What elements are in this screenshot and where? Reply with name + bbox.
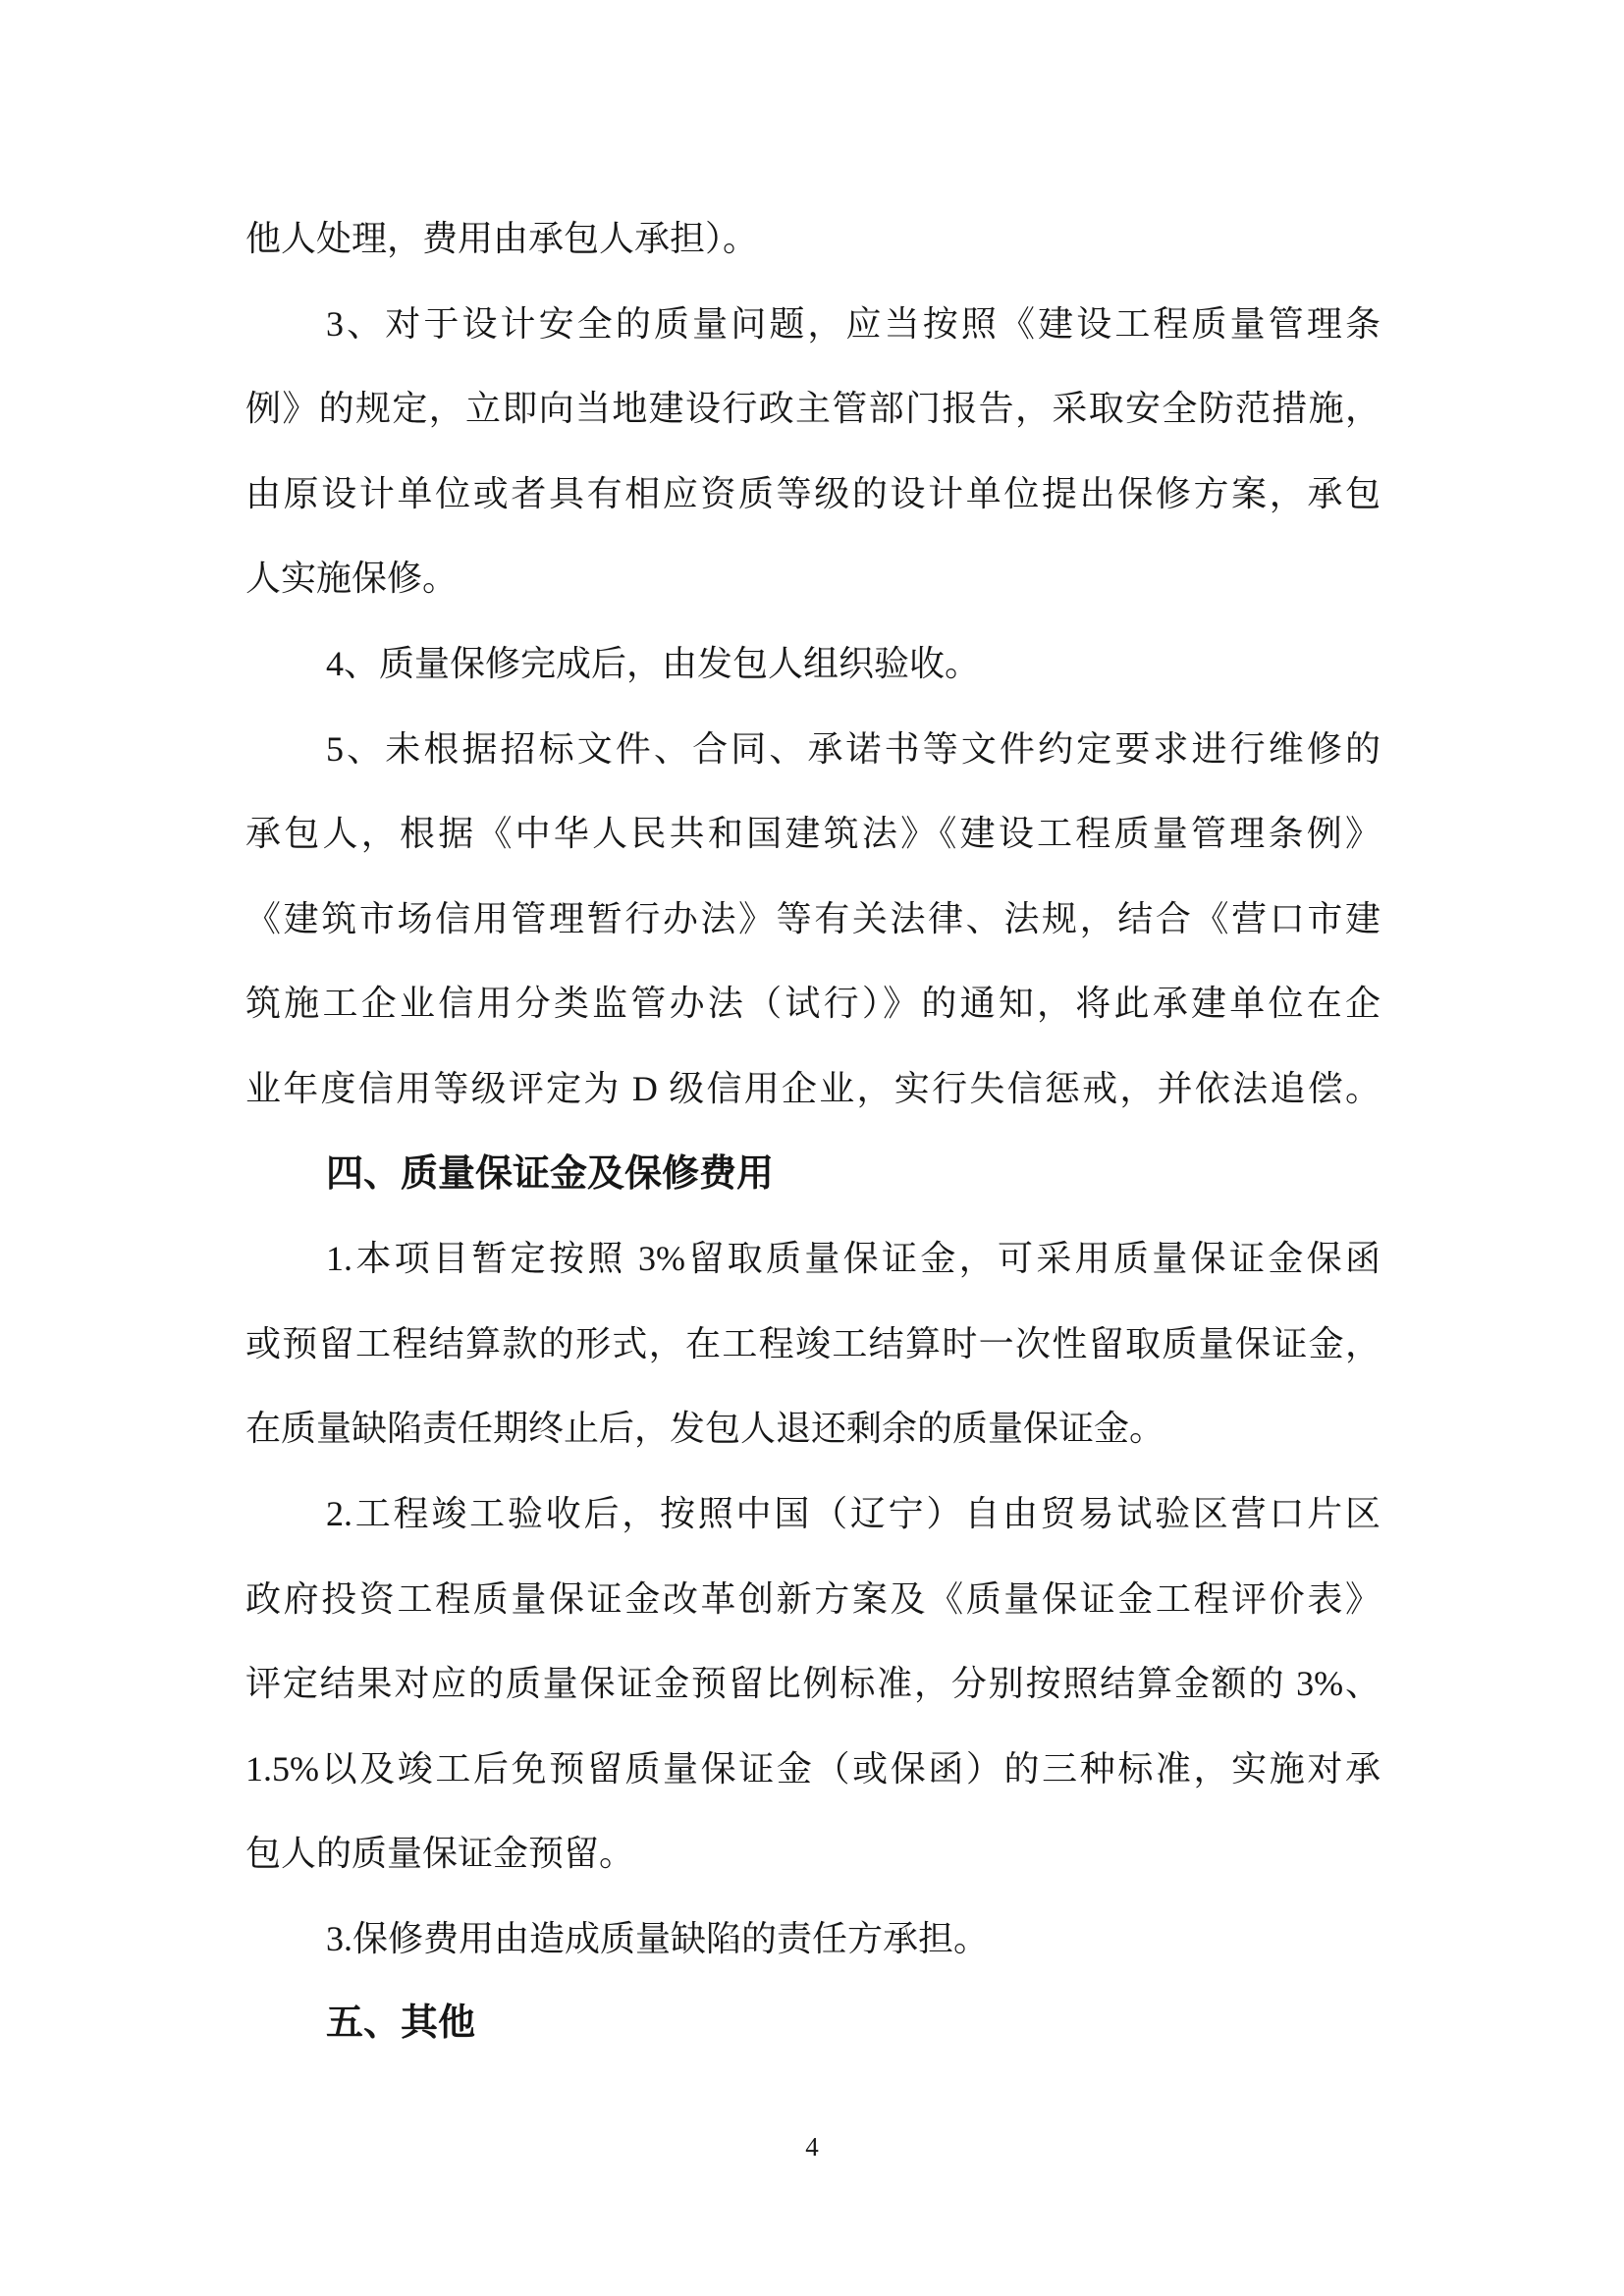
- text-line: 4、质量保修完成后，由发包人组织验收。: [245, 621, 1380, 707]
- document-lines: 他人处理，费用由承包人承担）。3、对于设计安全的质量问题，应当按照《建设工程质量…: [245, 196, 1380, 2066]
- text-line: 评定结果对应的质量保证金预留比例标准，分别按照结算金额的 3%、: [245, 1641, 1380, 1727]
- text-line: 3.保修费用由造成质量缺陷的责任方承担。: [245, 1896, 1380, 1982]
- text-line: 由原设计单位或者具有相应资质等级的设计单位提出保修方案，承包: [245, 452, 1380, 537]
- text-line: 承包人，根据《中华人民共和国建筑法》《建设工程质量管理条例》: [245, 791, 1380, 877]
- text-line: 人实施保修。: [245, 536, 1380, 621]
- section-heading: 四、质量保证金及保修费用: [245, 1132, 1380, 1217]
- text-line: 或预留工程结算款的形式，在工程竣工结算时一次性留取质量保证金，: [245, 1302, 1380, 1387]
- text-line: 1.5%以及竣工后免预留质量保证金（或保函）的三种标准，实施对承: [245, 1727, 1380, 1812]
- text-line: 包人的质量保证金预留。: [245, 1811, 1380, 1896]
- text-line: 例》的规定，立即向当地建设行政主管部门报告，采取安全防范措施，: [245, 366, 1380, 452]
- text-line: 筑施工企业信用分类监管办法（试行）》的通知，将此承建单位在企: [245, 961, 1380, 1046]
- text-line: 业年度信用等级评定为 D 级信用企业，实行失信惩戒，并依法追偿。: [245, 1046, 1380, 1132]
- text-line: 《建筑市场信用管理暂行办法》等有关法律、法规，结合《营口市建: [245, 877, 1380, 962]
- section-heading: 五、其他: [245, 1981, 1380, 2066]
- text-line: 1.本项目暂定按照 3%留取质量保证金，可采用质量保证金保函: [245, 1216, 1380, 1302]
- text-line: 政府投资工程质量保证金改革创新方案及《质量保证金工程评价表》: [245, 1557, 1380, 1642]
- text-line: 他人处理，费用由承包人承担）。: [245, 196, 1380, 282]
- text-line: 5、未根据招标文件、合同、承诺书等文件约定要求进行维修的: [245, 707, 1380, 792]
- document-page: 他人处理，费用由承包人承担）。3、对于设计安全的质量问题，应当按照《建设工程质量…: [0, 0, 1624, 2296]
- text-line: 2.工程竣工验收后，按照中国（辽宁）自由贸易试验区营口片区: [245, 1471, 1380, 1557]
- text-line: 3、对于设计安全的质量问题，应当按照《建设工程质量管理条: [245, 282, 1380, 367]
- page-number: 4: [0, 2120, 1624, 2173]
- text-line: 在质量缺陷责任期终止后，发包人退还剩余的质量保证金。: [245, 1386, 1380, 1471]
